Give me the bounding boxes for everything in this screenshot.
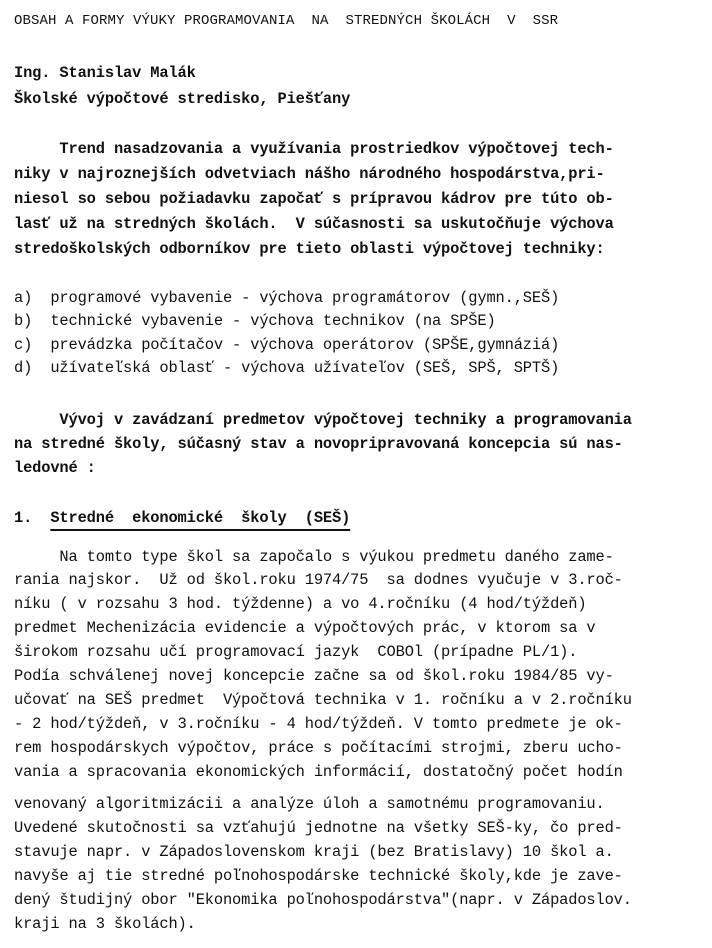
text-line: stavuje napr. v Západoslovenskom kraji (… — [14, 845, 614, 860]
text-line: niky v najroznejších odvetviach nášho ná… — [14, 167, 605, 182]
text-line: vania a spracovania ekonomických informá… — [14, 765, 623, 780]
text-line: dený študijný obor "Ekonomika poľnohospo… — [14, 893, 632, 908]
list-item: a) programové vybavenie - výchova progra… — [14, 291, 559, 306]
list-text: prevádzka počítačov - výchova operátorov… — [50, 336, 559, 354]
list-text: užívateľská oblasť - výchova užívateľov … — [50, 359, 559, 377]
text-line: Podía schválenej novej koncepcie začne s… — [14, 669, 614, 684]
text-line: navyše aj tie stredné poľnohospodárske t… — [14, 869, 623, 884]
text-line: ledovné : — [14, 461, 96, 476]
section-title: Stredné ekonomické školy (SEŠ) — [50, 509, 350, 527]
list-text: technické vybavenie - výchova technikov … — [50, 312, 495, 330]
text-line: na stredné školy, súčasný stav a novopri… — [14, 437, 623, 452]
author-affiliation: Školské výpočtové stredisko, Piešťany — [14, 92, 350, 107]
text-line: Uvedené skutočnosti sa vzťahujú jednotne… — [14, 821, 623, 836]
text-line: rem hospodárskych výpočtov, práce s počí… — [14, 741, 623, 756]
text-line: níku ( v rozsahu 3 hod. týždenne) a vo 4… — [14, 597, 586, 612]
list-item: d) užívateľská oblasť - výchova užívateľ… — [14, 361, 559, 376]
section-number: 1. — [14, 509, 32, 527]
text-line: Trend nasadzovania a využívania prostrie… — [14, 142, 614, 157]
text-line: Vývoj v zavádzaní predmetov výpočtovej t… — [14, 413, 632, 428]
list-marker: b) — [14, 312, 32, 330]
text-line: stredoškolských odborníkov pre tieto obl… — [14, 242, 605, 257]
author-name: Ing. Stanislav Malák — [14, 66, 196, 81]
text-line: lasť už na stredných školách. V súčasnos… — [14, 217, 614, 232]
text-line: venovaný algoritmizácii a analýze úloh a… — [14, 797, 605, 812]
section-heading: 1. Stredné ekonomické školy (SEŠ) — [14, 511, 350, 526]
text-line: niesol so sebou požiadavku započať s prí… — [14, 192, 614, 207]
document-title: OBSAH A FORMY VÝUKY PROGRAMOVANIA NA STR… — [14, 14, 558, 28]
list-item: c) prevádzka počítačov - výchova operáto… — [14, 338, 559, 353]
text-line: učovať na SEŠ predmet Výpočtová technika… — [14, 693, 632, 708]
list-marker: c) — [14, 336, 32, 354]
text-line: rania najskor. Už od škol.roku 1974/75 s… — [14, 573, 623, 588]
text-line: - 2 hod/týždeň, v 3.ročníku - 4 hod/týžd… — [14, 717, 623, 732]
text-line: Na tomto type škol sa započalo s výukou … — [14, 550, 614, 565]
text-line: predmet Mechenizácia evidencie a výpočto… — [14, 621, 596, 636]
list-text: programové vybavenie - výchova programát… — [50, 289, 559, 307]
text-line: kraji na 3 školách). — [14, 917, 196, 932]
list-item: b) technické vybavenie - výchova technik… — [14, 314, 496, 329]
text-line: širokom rozsahu učí programovací jazyk C… — [14, 645, 577, 660]
list-marker: a) — [14, 289, 32, 307]
list-marker: d) — [14, 359, 32, 377]
